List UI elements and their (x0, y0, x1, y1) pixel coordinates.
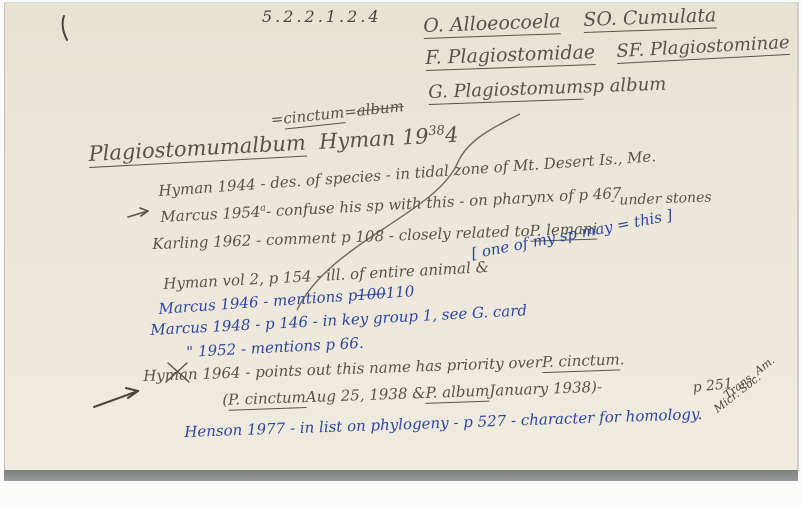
card-edge-shadow (4, 470, 798, 481)
taxonomy-order: O. Alloeocoela (423, 11, 561, 39)
catalog-number: 5.2.2.1.2.4 (262, 8, 382, 26)
taxonomy-suborder: SO. Cumulata (583, 5, 717, 33)
scanned-index-card: 5.2.2.1.2.4O. AlloeocoelaSO. CumulataF. … (0, 0, 803, 506)
